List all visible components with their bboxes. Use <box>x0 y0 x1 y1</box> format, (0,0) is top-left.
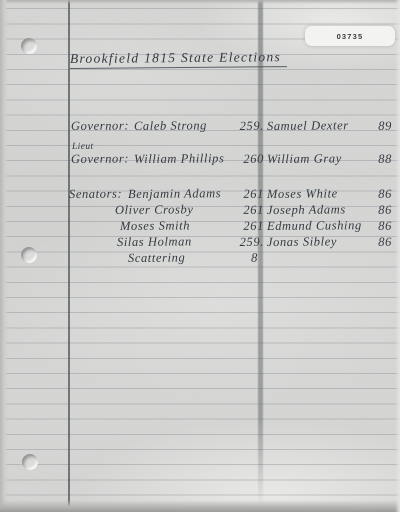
governor-votes: 259. <box>234 119 264 134</box>
governor-row: Governor: Caleb Strong 259. Samuel Dexte… <box>0 119 400 136</box>
governor-office-label: Governor: <box>71 118 129 134</box>
scanned-document-page: 03735 Brookfield 1815 State Elections Go… <box>0 0 400 512</box>
archive-stamp: 03735 <box>305 26 395 46</box>
hole-punch-bottom <box>22 454 38 470</box>
senator-opponent: Moses White <box>267 186 338 202</box>
senator-votes: 261 <box>234 203 264 218</box>
senator-votes: 259. <box>234 235 264 250</box>
lieut-governor-row: Governor: William Phillips 260 William G… <box>0 152 400 169</box>
senators-office-label: Senators: <box>69 187 122 202</box>
lieut-governor-office-label: Governor: <box>71 151 129 167</box>
governor-opponent-votes: 89 <box>364 119 392 134</box>
lieut-label: Lieut <box>72 142 94 152</box>
senator-row: Silas Holman 259. Jonas Sibley 86 <box>0 235 400 252</box>
senator-opponent: Joseph Adams <box>267 202 346 218</box>
senator-candidate: Silas Holman <box>117 234 192 250</box>
scattering-row: Scattering 8 <box>0 251 400 268</box>
senator-row: Moses Smith 261 Edmund Cushing 86 <box>0 219 400 236</box>
senator-opponent-votes: 86 <box>364 219 392 234</box>
scattering-votes: 8 <box>228 251 258 266</box>
lieut-governor-opponent: William Gray <box>267 151 342 167</box>
senator-candidate: Oliver Crosby <box>115 202 194 218</box>
governor-opponent: Samuel Dexter <box>267 118 349 134</box>
lieut-governor-opponent-votes: 88 <box>364 152 392 167</box>
paper-edge-top <box>0 0 400 4</box>
senator-candidate: Benjamin Adams <box>128 186 221 202</box>
archive-stamp-number: 03735 <box>337 32 364 41</box>
governor-candidate: Caleb Strong <box>134 118 207 134</box>
senator-opponent-votes: 86 <box>364 187 392 202</box>
senator-opponent-votes: 86 <box>364 203 392 218</box>
senator-votes: 261 <box>234 187 264 202</box>
scattering-label: Scattering <box>128 250 186 266</box>
senator-opponent: Edmund Cushing <box>267 218 362 234</box>
paper-edge-bottom <box>0 500 400 512</box>
senator-votes: 261 <box>234 219 264 234</box>
page-title: Brookfield 1815 State Elections <box>70 49 287 69</box>
senator-opponent: Jonas Sibley <box>267 234 337 250</box>
lieut-governor-candidate: William Phillips <box>134 151 225 167</box>
lieut-governor-votes: 260 <box>234 152 264 167</box>
senator-candidate: Moses Smith <box>120 218 190 234</box>
senator-opponent-votes: 86 <box>364 235 392 250</box>
hole-punch-top <box>21 38 37 54</box>
